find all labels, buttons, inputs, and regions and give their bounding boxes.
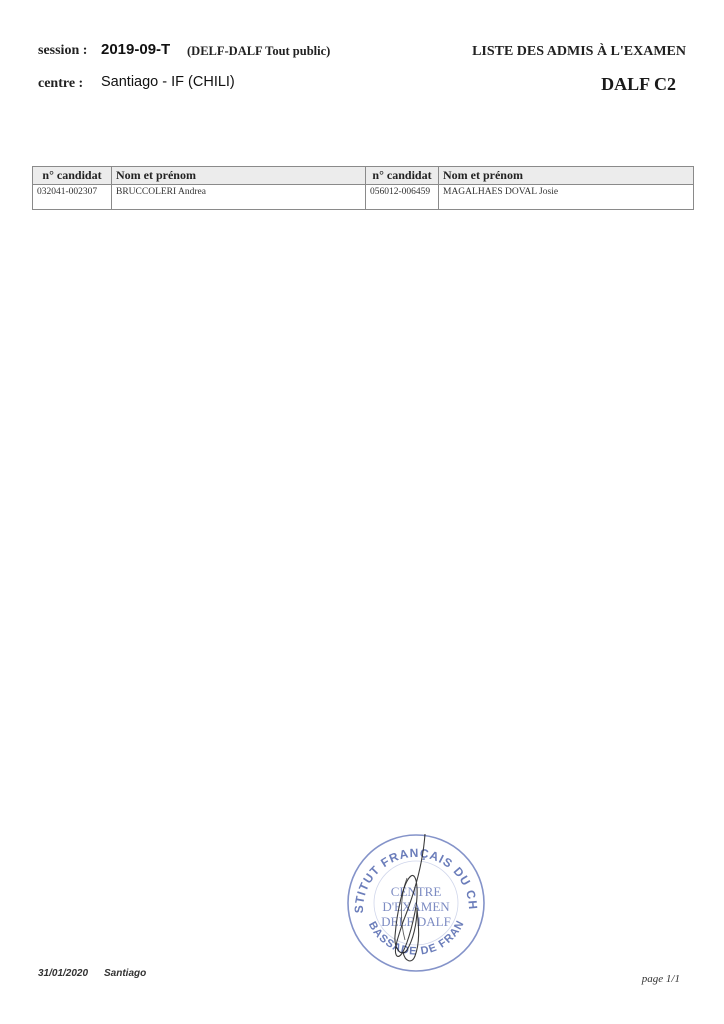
admitted-candidates-table: n° candidat Nom et prénom n° candidat No…: [32, 166, 694, 210]
session-description: (DELF-DALF Tout public): [187, 44, 330, 59]
candidate-number: 032041-002307: [33, 185, 112, 210]
official-stamp: INSTITUT FRANÇAIS DU CHILI AMBASSADE DE …: [345, 832, 487, 974]
table-header-row: n° candidat Nom et prénom n° candidat No…: [33, 167, 694, 185]
candidate-name: MAGALHAES DOVAL Josie: [439, 185, 694, 210]
table-row: 032041-002307 BRUCCOLERI Andrea 056012-0…: [33, 185, 694, 210]
document-title: LISTE DES ADMIS À L'EXAMEN: [472, 44, 686, 60]
exam-level: DALF C2: [601, 74, 676, 95]
session-value: 2019-09-T: [101, 41, 170, 58]
candidate-name: BRUCCOLERI Andrea: [112, 185, 366, 210]
column-header-candidate-number: n° candidat: [33, 167, 112, 185]
column-header-name: Nom et prénom: [439, 167, 694, 185]
footer-place: Santiago: [104, 968, 146, 979]
footer-date: 31/01/2020: [38, 968, 88, 979]
stamp-center-line: CENTRE: [391, 884, 442, 899]
page-number: page 1/1: [642, 973, 680, 985]
candidate-number: 056012-006459: [366, 185, 439, 210]
centre-value: Santiago - IF (CHILI): [101, 74, 235, 90]
centre-label: centre :: [38, 76, 83, 92]
column-header-candidate-number: n° candidat: [366, 167, 439, 185]
column-header-name: Nom et prénom: [112, 167, 366, 185]
session-label: session :: [38, 43, 87, 59]
stamp-seal-icon: INSTITUT FRANÇAIS DU CHILI AMBASSADE DE …: [345, 832, 487, 974]
